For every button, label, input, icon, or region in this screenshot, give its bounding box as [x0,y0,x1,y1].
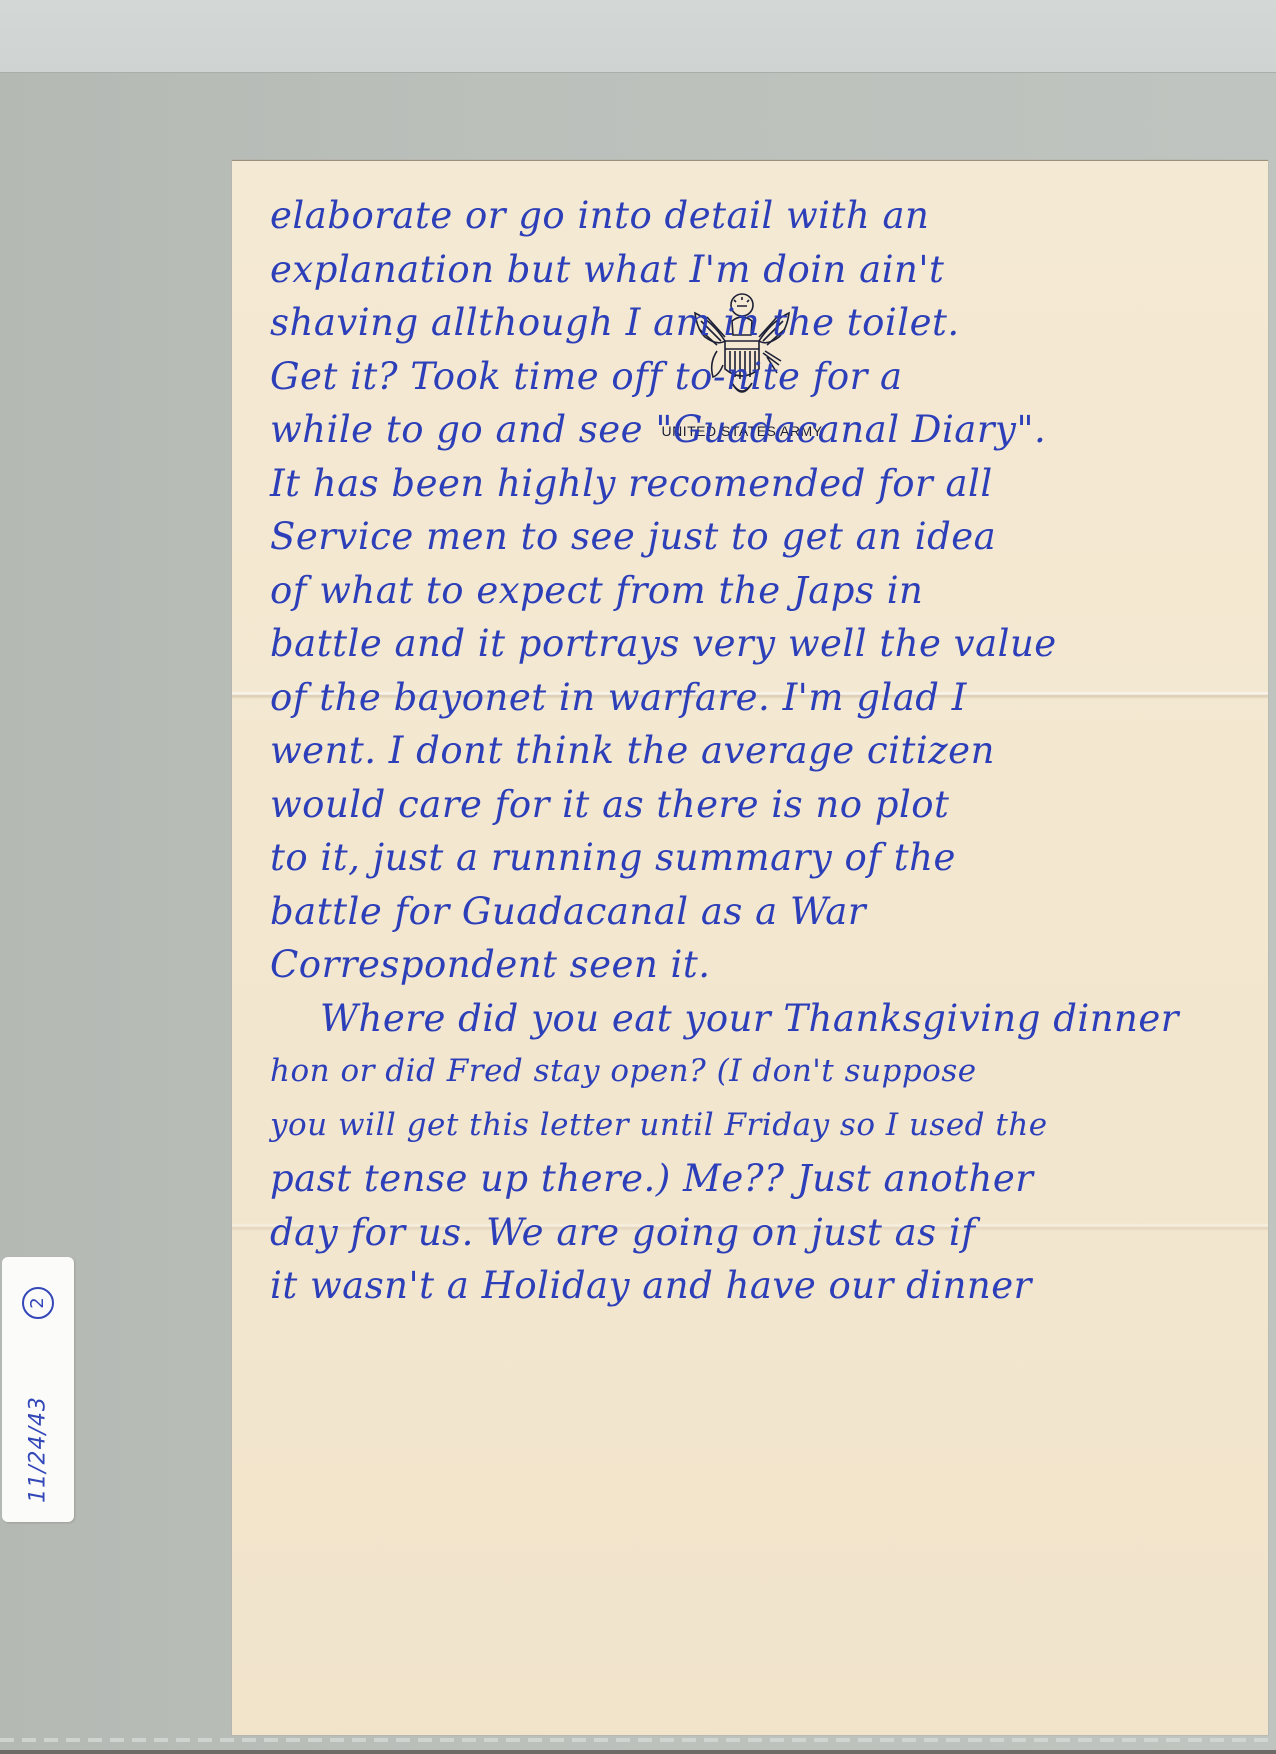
letter-line: went. I dont think the average citizen [270,724,1260,778]
letter-line: elaborate or go into detail with an [270,189,1260,243]
letter-line: It has been highly recomended for all [270,457,1260,511]
scan-background-top [0,0,1276,72]
letter-line: past tense up there.) Me?? Just another [270,1152,1260,1206]
letter-line: explanation but what I'm doin ain't [270,243,1260,297]
letter-line: of the bayonet in warfare. I'm glad I [270,671,1260,725]
letter-line: Get it? Took time off to-nite for a [270,350,1260,404]
letter-line: Service men to see just to get an idea [270,510,1260,564]
letter-line: to it, just a running summary of the [270,831,1260,885]
letter-date: 11/24/43 [26,1380,51,1520]
letter-line: of what to expect from the Japs in [270,564,1260,618]
letter-page: UNITED STATES ARMY elaborate or go into … [232,160,1268,1735]
letter-line: would care for it as there is no plot [270,778,1260,832]
letter-line: it wasn't a Holiday and have our dinner [270,1259,1260,1313]
letter-line: Where did you eat your Thanksgiving dinn… [270,992,1260,1046]
archive-side-label: 2 11/24/43 [2,1257,74,1522]
letter-line: while to go and see "Guadacanal Diary". [270,403,1260,457]
letter-line: battle for Guadacanal as a War [270,885,1260,939]
letter-line: Correspondent seen it. [270,938,1260,992]
letter-line: you will get this letter until Friday so… [270,1099,1260,1153]
letter-body: elaborate or go into detail with an expl… [270,189,1260,1313]
sleeve-seam [0,1738,1276,1742]
letter-line: hon or did Fred stay open? (I don't supp… [270,1045,1260,1099]
letter-line: day for us. We are going on just as if [270,1206,1260,1260]
letter-line: battle and it portrays very well the val… [270,617,1260,671]
page-number-badge: 2 [22,1287,54,1319]
letter-line: shaving allthough I am in the toilet. [270,296,1260,350]
scan-background-bottom [0,1750,1276,1754]
